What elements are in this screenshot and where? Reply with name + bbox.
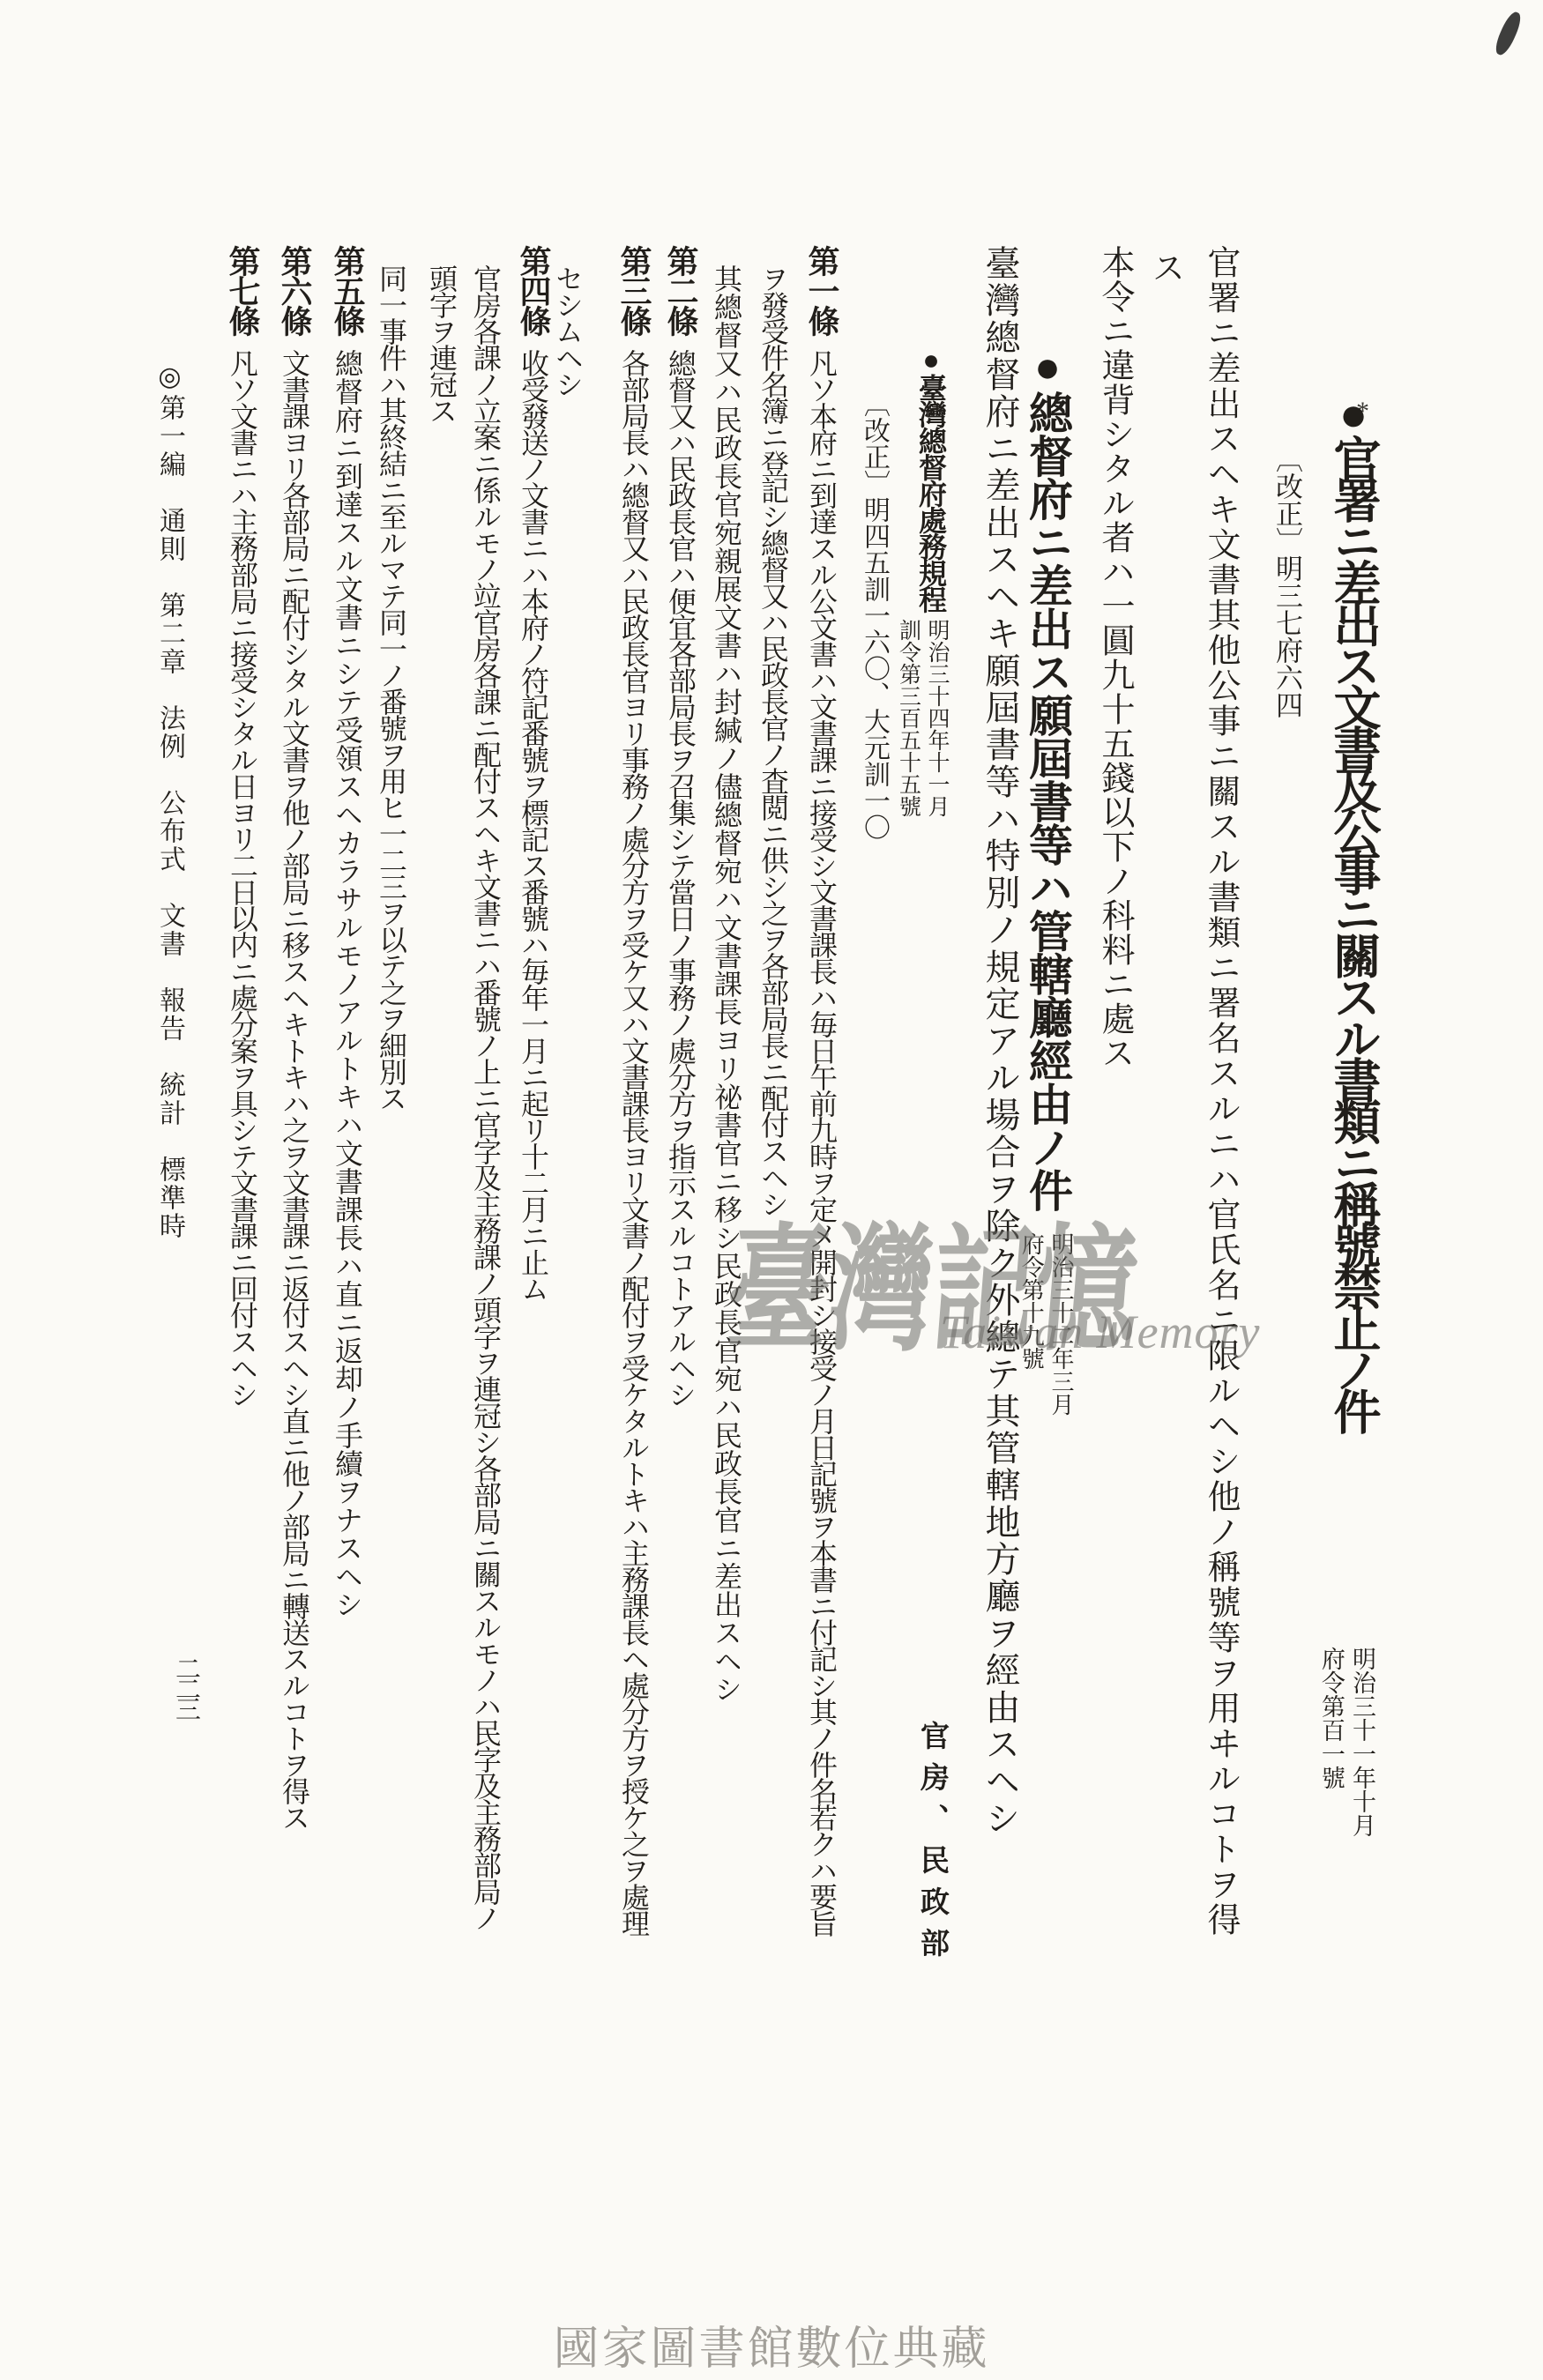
article-4-label: 第四條 xyxy=(516,245,551,335)
article-1-line-3: 其總督又ハ民政長官宛親展文書ハ封緘ノ儘總督宛ハ文書課長ヨリ祕書官ニ移シ民政長官宛… xyxy=(712,264,741,1703)
regulation-revision-note: 〔改正〕明四五訓一六〇、大元訓一〇 xyxy=(861,390,887,840)
archive-footer: 國家圖書館數位典藏 xyxy=(553,2311,989,2377)
document-page: * ●官署ニ差出ス文書及公事ニ關スル書類ニ稱號禁止ノ件 明治三十一年十月 府令第… xyxy=(0,0,1543,2380)
article-1-label: 第一條 xyxy=(804,245,839,335)
article-4-line-1: 收受發送ノ文書ニハ本府ノ符記番號ヲ標記ス番號ハ毎年一月ニ起リ十二月ニ止ム xyxy=(518,349,549,1301)
article-1-line-1: 凡ソ本府ニ到達スル公文書ハ文書課ニ接受シ文書課長ハ毎日午前九時ヲ定メ開封シ接受ノ… xyxy=(806,349,838,1936)
article-2-col-1: 第二條總督又ハ民政長官ハ便宜各部局長ヲ召集シテ當日ノ事務ノ處分方ヲ指示スルコトア… xyxy=(665,245,697,1407)
section-reference-line: ◎第一編 通則 第二章 法例 公布式 文書 報告 統計 標準時 xyxy=(156,361,183,1240)
decree-2-body: 臺灣總督府ニ差出スヘキ願屆書等ハ特別ノ規定アル場合ヲ除ク外總テ其管轄地方廳ヲ經由… xyxy=(982,245,1017,1837)
article-7-col-1: 第七條凡ソ文書ニハ主務部局ニ接受シタル日ヨリ二日以内ニ處分案ヲ具シテ文書課ニ回付… xyxy=(227,245,258,1407)
article-3-label: 第三條 xyxy=(616,245,652,335)
article-7-label: 第七條 xyxy=(225,245,260,335)
regulation-date-line2: 訓令第三百五十五號 xyxy=(893,619,922,817)
article-5-line-1: 總督府ニ到達スル文書ニシテ受領スヘカラサルモノアルトキハ文書課長ハ直ニ返却ノ手續… xyxy=(332,349,363,1618)
article-4-line-2-wrap: 頭字ヲ連冠ス xyxy=(428,264,456,423)
article-1-line-2: ヲ發受件名簿ニ登記シ總督又ハ民政長官ノ査閲ニ供シ之ヲ各部局長ニ配付スヘシ xyxy=(759,264,787,1216)
decree-1-body-line1: 官署ニ差出スヘキ文書其他公事ニ關スル書類ニ署名スルニハ官氏名ニ限ルヘシ他ノ稱號等… xyxy=(1204,245,1237,1937)
watermark-latin: Taiwan Memory xyxy=(940,1305,1261,1359)
regulation-date: 明治三十四年十一月 訓令第三百五十五號 xyxy=(893,619,950,817)
article-5-label: 第五條 xyxy=(330,245,365,335)
article-6-col-1: 第六條文書課ヨリ各部局ニ配付シタル文書ヲ他ノ部局ニ移スヘキトキハ之ヲ文書課ニ返付… xyxy=(279,245,310,1830)
article-3-line-2-wrap: セシムヘシ xyxy=(554,264,582,397)
decree-1-date-line2: 府令第百一號 xyxy=(1316,1647,1346,1837)
decree-1-date-line1: 明治三十一年十月 xyxy=(1346,1647,1377,1837)
decree-1-revision-note: 〔改正〕明三七府六四 xyxy=(1273,445,1301,718)
decree-1-body-line2: 本令ニ違背シタル者ハ一圓九十五錢以下ノ科料ニ處ス xyxy=(1098,245,1131,1070)
article-2-line-1: 總督又ハ民政長官ハ便宜各部局長ヲ召集シテ當日ノ事務ノ處分方ヲ指示スルコトアルヘシ xyxy=(665,349,697,1407)
article-1-col-1: 第一條凡ソ本府ニ到達スル公文書ハ文書課ニ接受シ文書課長ハ毎日午前九時ヲ定メ開封シ… xyxy=(806,245,838,1936)
article-7-line-1: 凡ソ文書ニハ主務部局ニ接受シタル日ヨリ二日以内ニ處分案ヲ具シテ文書課ニ回付スヘシ xyxy=(227,349,258,1407)
decree-1-body-line1-wrap: ス xyxy=(1148,250,1181,286)
decree-1-title: ●官署ニ差出ス文書及公事ニ關スル書類ニ稱號禁止ノ件 xyxy=(1330,388,1377,1429)
regulation-title: ●臺灣總督府處務規程 xyxy=(917,344,945,612)
section-heading: 官房、民政部 xyxy=(917,1721,946,1969)
article-6-line-1: 文書課ヨリ各部局ニ配付シタル文書ヲ他ノ部局ニ移スヘキトキハ之ヲ文書課ニ返付スヘシ… xyxy=(279,349,310,1830)
article-4-col-1: 第四條收受發送ノ文書ニハ本府ノ符記番號ヲ標記ス番號ハ毎年一月ニ起リ十二月ニ止ム xyxy=(518,245,549,1301)
article-6-label: 第六條 xyxy=(277,245,312,335)
article-3-col-1: 第三條各部局長ハ總督又ハ民政長官ヨリ事務ノ處分方ヲ受ケ又ハ文書課長ヨリ文書ノ配付… xyxy=(618,245,650,1936)
article-2-label: 第二條 xyxy=(663,245,698,335)
regulation-date-line1: 明治三十四年十一月 xyxy=(922,619,951,817)
article-3-line-1: 各部局長ハ總督又ハ民政長官ヨリ事務ノ處分方ヲ受ケ又ハ文書課長ヨリ文書ノ配付ヲ受ケ… xyxy=(618,349,650,1936)
decree-1-date: 明治三十一年十月 府令第百一號 xyxy=(1316,1647,1377,1837)
article-4-line-2: 官房各課ノ立案ニ係ルモノ竝官房各課ニ配付スヘキ文書ニハ番號ノ上ニ官字及主務課ノ頭… xyxy=(472,264,500,1930)
article-4-line-3: 同一事件ハ其終結ニ至ルマテ同一ノ番號ヲ用ヒ一二三ヲ以テ之ヲ細別ス xyxy=(377,264,406,1111)
decree-2-title: ●總督府ニ差出ス願屆書等ハ管轄廳經由ノ件 xyxy=(1025,342,1070,1211)
scan-smudge xyxy=(1492,10,1524,57)
article-5-col-1: 第五條總督府ニ到達スル文書ニシテ受領スヘカラサルモノアルトキハ文書課長ハ直ニ返却… xyxy=(332,245,363,1618)
page-number: 二二三 xyxy=(173,1655,198,1716)
